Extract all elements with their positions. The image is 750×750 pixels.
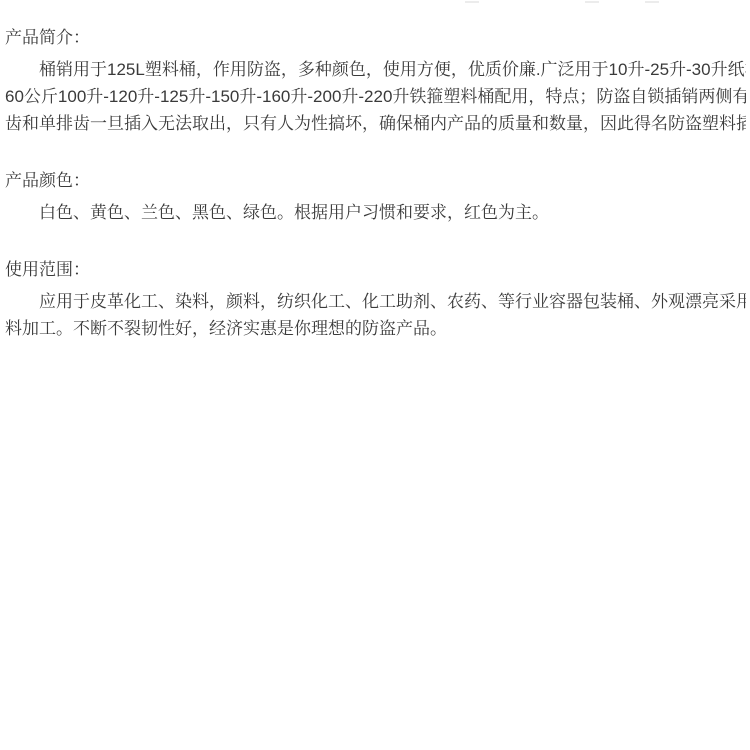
cropped-edge-artifact [465, 1, 479, 3]
paragraph-usage-range: 应用于皮革化工、染料，颜料，纺织化工、化工助剂、农药、等行业容器包装桶、外观漂亮… [5, 288, 746, 342]
cropped-edge-artifact [645, 1, 659, 3]
product-description-text: 产品简介： 桶销用于125L塑料桶，作用防盗，多种颜色，使用方便，优质价廉.广泛… [0, 0, 750, 342]
paragraph-line: 齿和单排齿一旦插入无法取出，只有人为性搞坏，确保桶内产品的质量和数量，因此得名防… [5, 110, 746, 137]
section-product-colors: 产品颜色： 白色、黄色、兰色、黑色、绿色。根据用户习惯和要求，红色为主。 [5, 167, 746, 226]
paragraph-product-intro: 桶销用于125L塑料桶，作用防盗，多种颜色，使用方便，优质价廉.广泛用于10升-… [5, 56, 746, 137]
section-heading-product-colors: 产品颜色： [5, 167, 746, 194]
paragraph-line: 料加工。不断不裂韧性好，经济实惠是你理想的防盗产品。 [5, 315, 746, 342]
paragraph-line: 白色、黄色、兰色、黑色、绿色。根据用户习惯和要求，红色为主。 [5, 199, 746, 226]
paragraph-line: 60公斤100升-120升-125升-150升-160升-200升-220升铁箍… [5, 83, 746, 110]
paragraph-product-colors: 白色、黄色、兰色、黑色、绿色。根据用户习惯和要求，红色为主。 [5, 199, 746, 226]
cropped-edge-artifact [585, 1, 599, 3]
product-description-page: { "page": { "background": "#ffffff", "te… [0, 0, 750, 750]
paragraph-line: 应用于皮革化工、染料，颜料，纺织化工、化工助剂、农药、等行业容器包装桶、外观漂亮… [5, 288, 746, 315]
section-product-intro: 产品简介： 桶销用于125L塑料桶，作用防盗，多种颜色，使用方便，优质价廉.广泛… [5, 24, 746, 137]
paragraph-line: 桶销用于125L塑料桶，作用防盗，多种颜色，使用方便，优质价廉.广泛用于10升-… [5, 56, 746, 83]
section-heading-usage-range: 使用范围： [5, 256, 746, 283]
section-usage-range: 使用范围： 应用于皮革化工、染料，颜料，纺织化工、化工助剂、农药、等行业容器包装… [5, 256, 746, 342]
section-heading-product-intro: 产品简介： [5, 24, 746, 51]
